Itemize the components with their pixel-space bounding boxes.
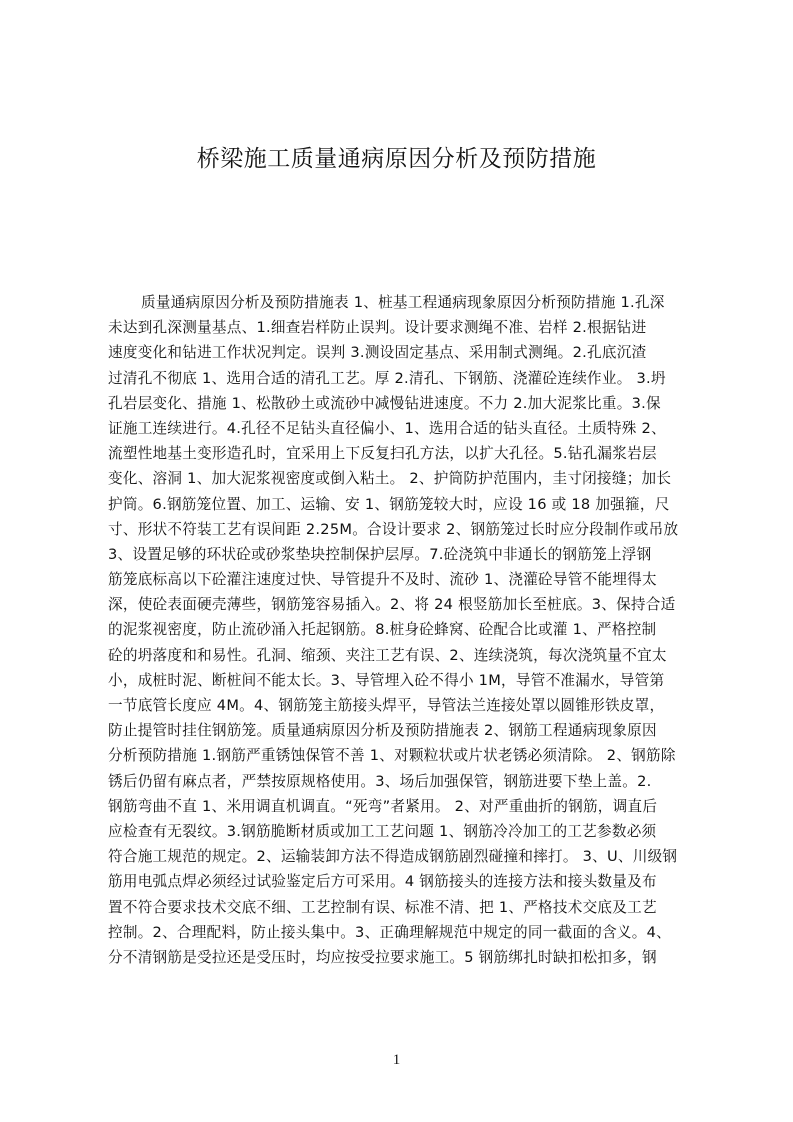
- body-line: 深，使砼表面硬壳薄些，钢筋笼容易插入。2、将 24 根竖筋加长至桩底。3、保持合…: [108, 592, 697, 617]
- body-line: 钢筋弯曲不直 1、米用调直机调直。“死弯”者紧用。 2、对严重曲折的钢筋，调直后: [108, 794, 697, 819]
- body-line: 筋笼底标高以下砼灌注速度过快、导管提升不及时、流砂 1、浇灌砼导管不能埋得太: [108, 567, 697, 592]
- body-line: 应检查有无裂纹。3.钢筋脆断材质或加工工艺问题 1、钢筋冷冷加工的工艺参数必须: [108, 819, 697, 844]
- body-line: 锈后仍留有麻点者，严禁按原规格使用。3、场后加强保管，钢筋进要下垫上盖。2.: [108, 769, 697, 794]
- body-line: 过清孔不彻底 1、选用合适的清孔工艺。厚 2.清孔、下钢筋、浇灌砼连续作业。 3…: [108, 366, 697, 391]
- body-line: 流塑性地基土变形造孔时，宜采用上下反复扫孔方法，以扩大孔径。5.钻孔漏浆岩层: [108, 441, 697, 466]
- body-line: 3、设置足够的环状砼或砂浆垫块控制保护层厚。7.砼浇筑中非通长的钢筋笼上浮钢: [108, 542, 697, 567]
- body-line: 的泥浆视密度，防止流砂涌入托起钢筋。8.桩身砼蜂窝、砼配合比或灌 1、严格控制: [108, 617, 697, 642]
- body-line: 速度变化和钻进工作状况判定。误判 3.测设固定基点、采用制式测绳。2.孔底沉渣: [108, 340, 697, 365]
- body-line: 防止提管时挂住钢筋笼。质量通病原因分析及预防措施表 2、钢筋工程通病现象原因: [108, 718, 697, 743]
- body-line: 变化、溶洞 1、加大泥浆视密度或倒入粘土。 2、护筒防护范围内，圭寸闭接缝；加长: [108, 466, 697, 491]
- body-line: 分析预防措施 1.钢筋严重锈蚀保管不善 1、对颗粒状或片状老锈必须清除。 2、钢…: [108, 743, 697, 768]
- body-line: 控制。2、合理配料，防止接头集中。3、正确理解规范中规定的同一截面的含义。4、: [108, 920, 697, 945]
- body-line: 寸、形状不符装工艺有误间距 2.25M。合设计要求 2、钢筋笼过长时应分段制作或…: [108, 517, 697, 542]
- body-line: 证施工连续进行。4.孔径不足钻头直径偏小、1、选用合适的钻头直径。土质特殊 2、: [108, 416, 697, 441]
- body-line: 筋用电弧点焊必须经过试验鉴定后方可采用。4 钢筋接头的连接方法和接头数量及布: [108, 869, 697, 894]
- document-body: 质量通病原因分析及预防措施表 1、桩基工程通病现象原因分析预防措施 1.孔深 未…: [108, 290, 697, 970]
- body-line: 符合施工规范的规定。2、运输装卸方法不得造成钢筋剧烈碰撞和摔打。 3、U、川级钢: [108, 844, 697, 869]
- body-line: 小，成桩时泥、断桩间不能太长。3、导管埋入砼不得小 1M，导管不准漏水，导管第: [108, 668, 697, 693]
- body-line: 孔岩层变化、措施 1、松散砂土或流砂中减慢钻进速度。不力 2.加大泥浆比重。3.…: [108, 391, 697, 416]
- body-line: 护筒。6.钢筋笼位置、加工、运输、安 1、钢筋笼较大时，应设 16 或 18 加…: [108, 492, 697, 517]
- body-line: 质量通病原因分析及预防措施表 1、桩基工程通病现象原因分析预防措施 1.孔深: [108, 290, 697, 315]
- body-line: 未达到孔深测量基点、1.细查岩样防止误判。设计要求测绳不准、岩样 2.根据钻进: [108, 315, 697, 340]
- document-title: 桥梁施工质量通病原因分析及预防措施: [0, 140, 793, 173]
- body-line: 砼的坍落度和和易性。孔洞、缩颈、夹注工艺有误、2、连续浇筑，每次浇筑量不宜太: [108, 643, 697, 668]
- body-line: 一节底管长度应 4M。4、钢筋笼主筋接头焊平，导管法兰连接处罩以圆锥形铁皮罩，: [108, 693, 697, 718]
- page-number: 1: [0, 1052, 793, 1069]
- body-line: 分不清钢筋是受拉还是受压时，均应按受拉要求施工。5 钢筋绑扎时缺扣松扣多，钢: [108, 945, 697, 970]
- body-line: 置不符合要求技术交底不细、工艺控制有误、标准不清、把 1、严格技术交底及工艺: [108, 895, 697, 920]
